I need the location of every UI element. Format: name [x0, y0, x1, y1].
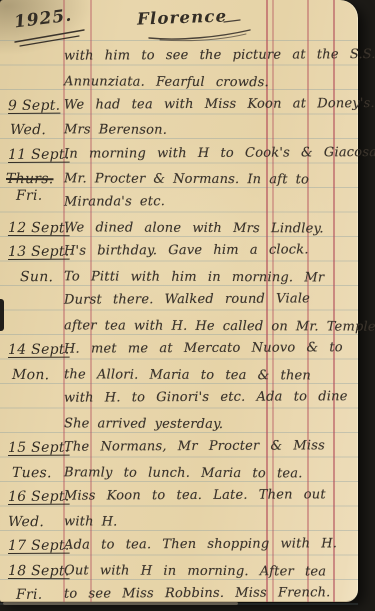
entry-text: H. met me at Mercato Nuovo & to	[64, 336, 343, 361]
entry-day: Sun.	[20, 265, 53, 289]
diary-row: 9 Sept.We had tea with Miss Koon at Done…	[0, 92, 358, 119]
entry-day: Wed.	[10, 118, 46, 142]
entry-date: 11 Sept.	[8, 143, 70, 167]
scanned-diary-photo: 1925. Florence with him to see the pictu…	[0, 0, 375, 611]
entry-text: H's birthday. Gave him a clock.	[64, 238, 309, 263]
diary-row: 16 Sept.Miss Koon to tea. Late. Then out	[0, 483, 358, 510]
entry-text: The Normans, Mr Procter & Miss	[64, 434, 325, 459]
entry-text: Durst there. Walked round Viale	[64, 287, 310, 312]
entry-date: 9 Sept.	[8, 94, 60, 118]
entry-text: Ada to tea. Then shopping with H.	[64, 532, 337, 557]
entry-text: with H. to Ginori's etc. Ada to dine	[64, 385, 348, 410]
diary-row: 15 Sept.The Normans, Mr Procter & Miss	[0, 434, 358, 461]
diary-row: 13 Sept.H's birthday. Gave him a clock.	[0, 238, 358, 265]
entry-date: 12 Sept.	[8, 216, 70, 240]
entry-date: 18 Sept.	[8, 559, 70, 583]
entry-date: 15 Sept.	[8, 436, 70, 460]
diary-row: 17 Sept.Ada to tea. Then shopping with H…	[0, 532, 358, 559]
page-title: Florence	[137, 6, 228, 28]
entry-text: Bramly to lunch. Maria to tea.	[64, 461, 303, 486]
entry-day: Tues.	[12, 461, 52, 485]
diary-row: with him to see the picture at the S.S.	[0, 43, 358, 70]
entry-day: Wed.	[8, 510, 44, 534]
entry-date: 14 Sept.	[8, 338, 70, 362]
notebook-page: 1925. Florence with him to see the pictu…	[0, 0, 358, 602]
diary-row: Fri.Miranda's etc.	[0, 189, 358, 216]
entry-day: Fri.	[16, 184, 43, 208]
entry-text: with H.	[64, 510, 118, 534]
entry-text: We had tea with Miss Koon at Doney's.	[64, 92, 375, 118]
diary-row: with H. to Ginori's etc. Ada to dine	[0, 385, 358, 412]
entry-text: In morning with H to Cook's & Giacosa.	[64, 141, 375, 167]
diary-row: 11 Sept.In morning with H to Cook's & Gi…	[0, 141, 358, 168]
diary-row: 14 Sept.H. met me at Mercato Nuovo & to	[0, 336, 358, 363]
entry-day: Mon.	[12, 363, 50, 387]
entry-text: Mrs Berenson.	[64, 118, 167, 142]
entry-text: Miss Koon to tea. Late. Then out	[64, 483, 326, 508]
binding-shadow	[0, 299, 4, 331]
entry-date: 16 Sept.	[8, 485, 70, 509]
entry-date: 13 Sept.	[8, 240, 70, 264]
entry-text: with him to see the picture at the S.S.	[64, 43, 375, 69]
entry-text: Miranda's etc.	[64, 190, 165, 215]
diary-row: Durst there. Walked round Viale	[0, 287, 358, 314]
entry-text: Annunziata. Fearful crowds.	[64, 70, 269, 95]
entry-text: She arrived yesterday.	[64, 412, 223, 437]
entry-date: 17 Sept.	[8, 534, 70, 558]
page-stack-edge	[3, 602, 238, 605]
